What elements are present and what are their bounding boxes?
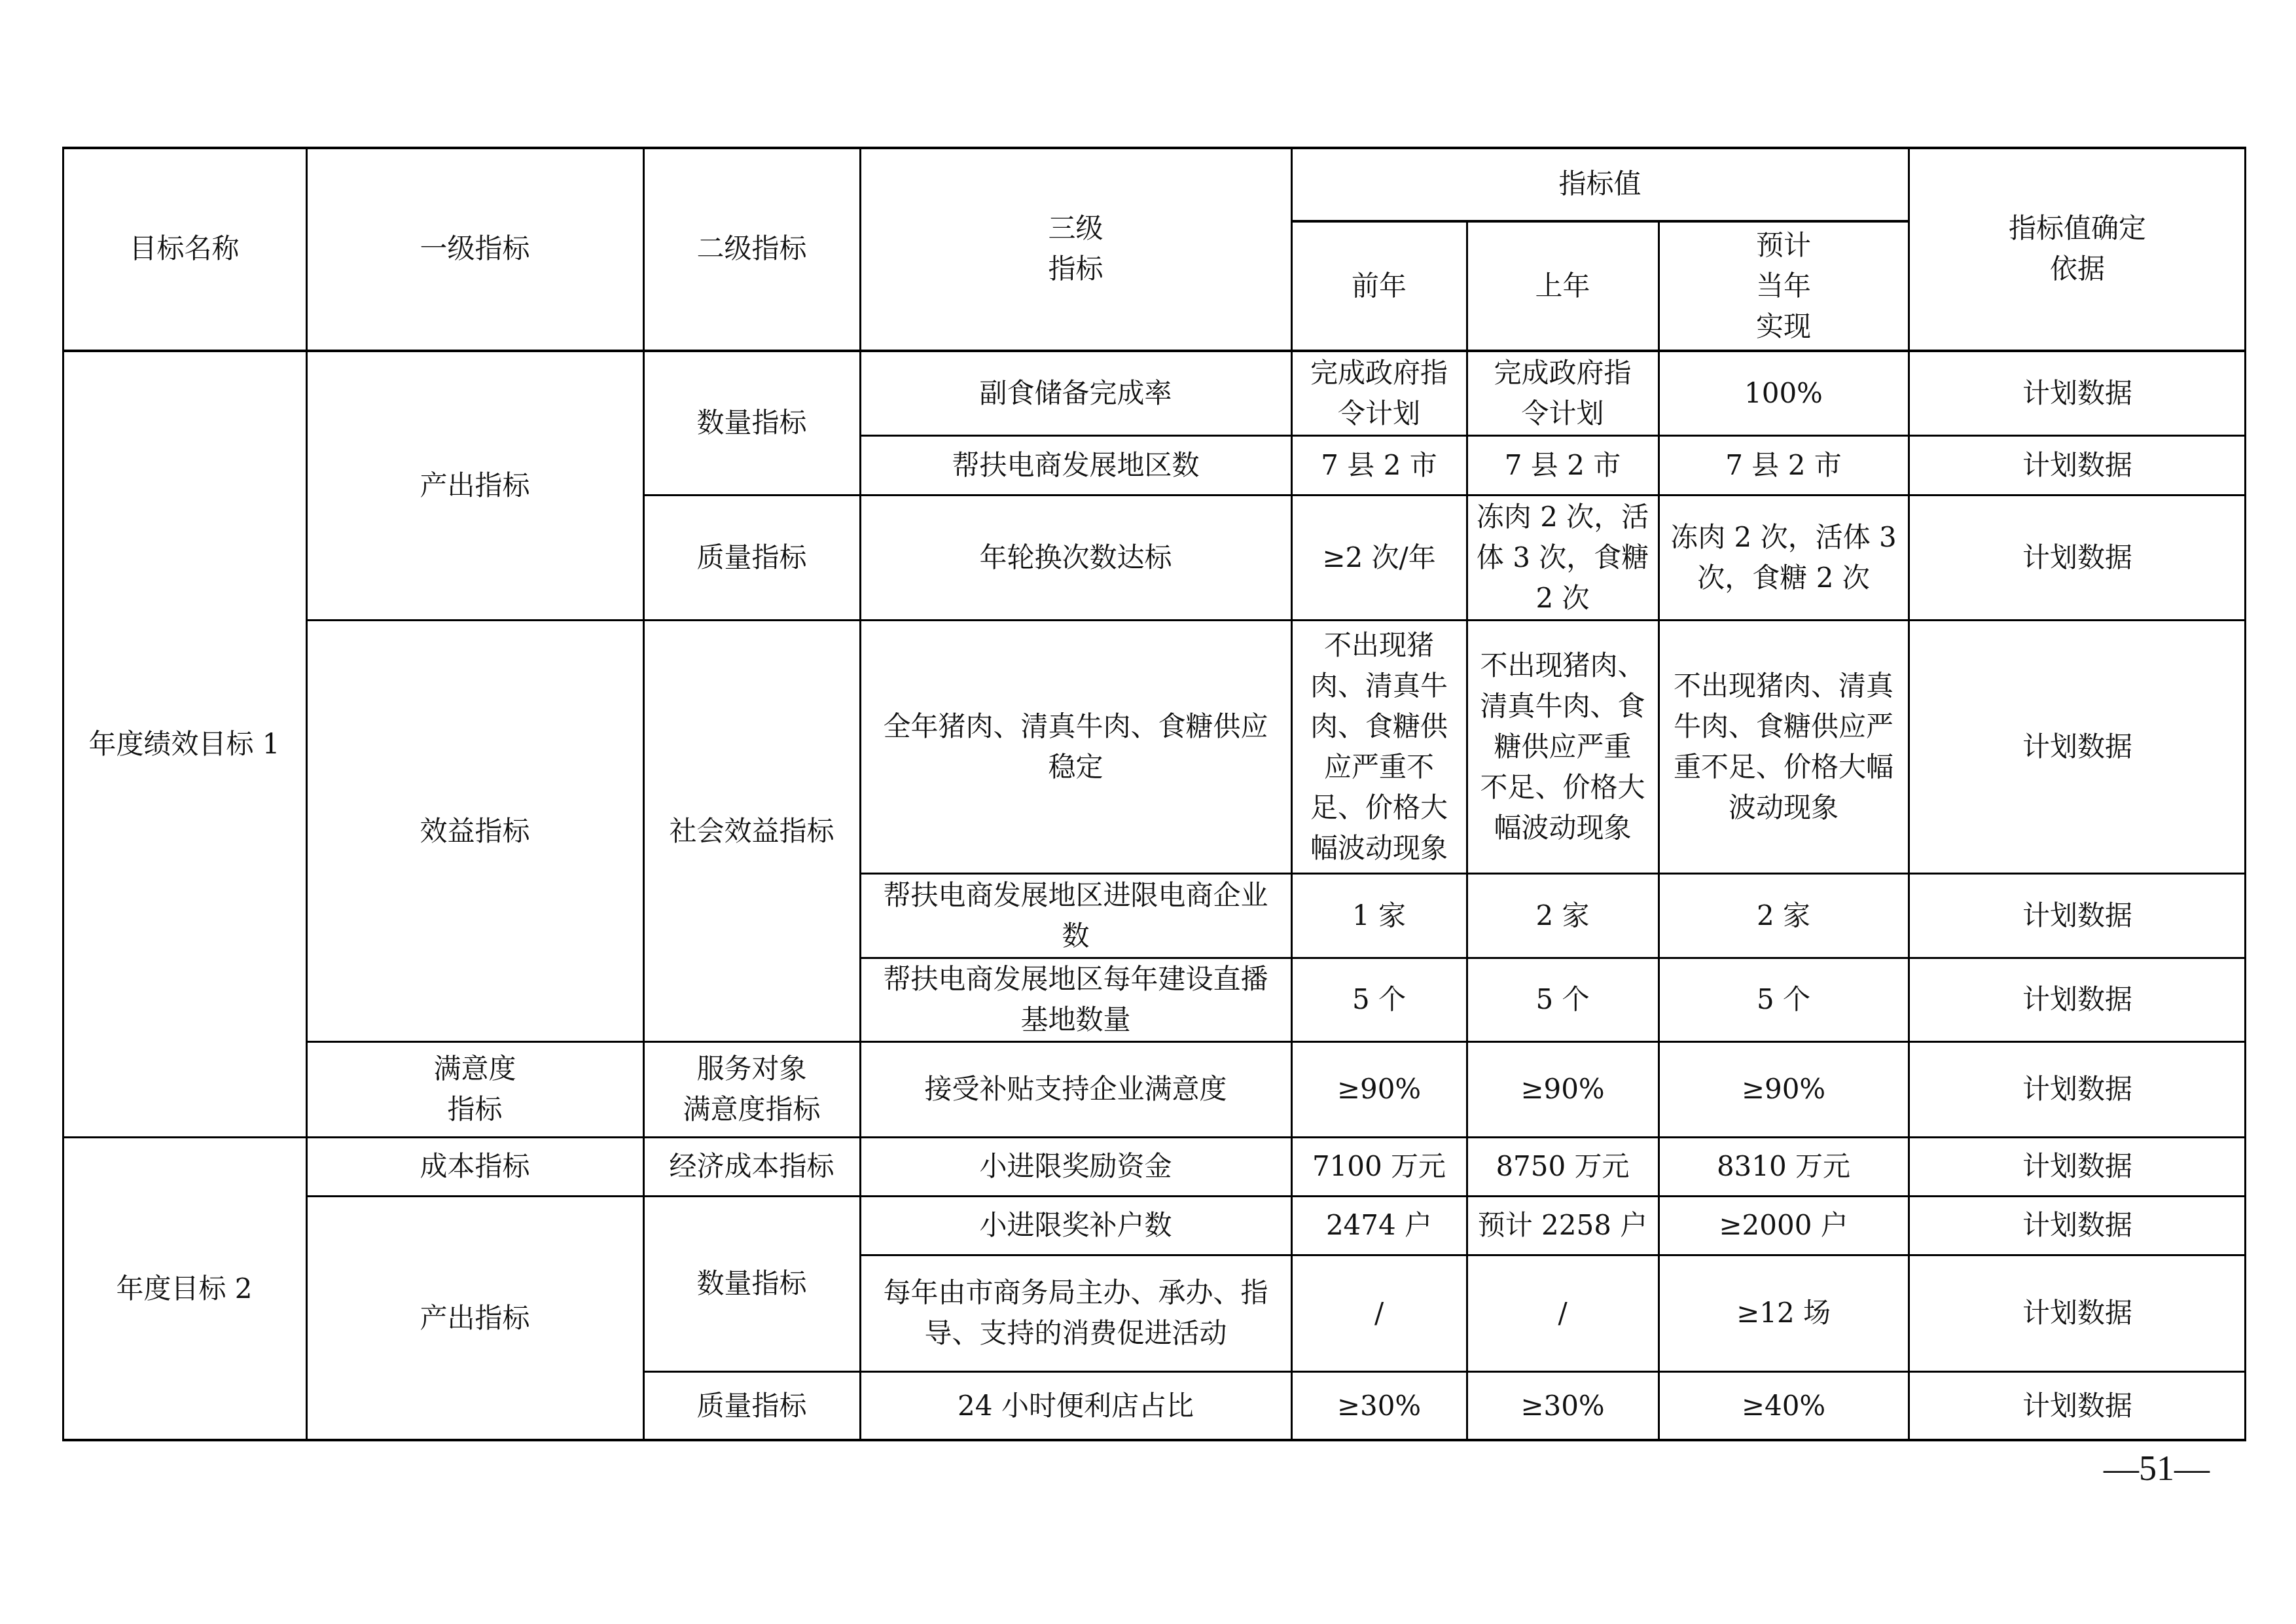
goal-2: 年度目标 2 (62, 1137, 306, 1440)
basis-cell: 计划数据 (1909, 351, 2246, 436)
level2-quantity-2: 数量指标 (643, 1196, 860, 1371)
header-level1: 一级指标 (306, 147, 643, 351)
prev-year-cell: / (1291, 1255, 1467, 1371)
this-year-cell: 5 个 (1659, 958, 1909, 1041)
basis-cell: 计划数据 (1909, 958, 2246, 1041)
basis-cell: 计划数据 (1909, 621, 2246, 873)
last-year-cell: 5 个 (1467, 958, 1659, 1041)
last-year-cell: 预计 2258 户 (1467, 1196, 1659, 1255)
prev-year-cell: 1 家 (1291, 873, 1467, 958)
level3-cell: 帮扶电商发展地区每年建设直播 基地数量 (860, 958, 1291, 1041)
level1-benefit: 效益指标 (306, 621, 643, 1041)
basis-cell: 计划数据 (1909, 1041, 2246, 1137)
last-year-cell: ≥90% (1467, 1041, 1659, 1137)
level3-cell: 24 小时便利店占比 (860, 1371, 1291, 1440)
last-year-cell: 8750 万元 (1467, 1137, 1659, 1196)
this-year-cell: 2 家 (1659, 873, 1909, 958)
level2-quality: 质量指标 (643, 495, 860, 621)
last-year-cell: 冻肉 2 次，活 体 3 次，食糖 2 次 (1467, 495, 1659, 621)
level1-cost: 成本指标 (306, 1137, 643, 1196)
this-year-cell: ≥40% (1659, 1371, 1909, 1440)
level3-cell: 帮扶电商发展地区进限电商企业 数 (860, 873, 1291, 958)
prev-year-cell: ≥90% (1291, 1041, 1467, 1137)
basis-cell: 计划数据 (1909, 873, 2246, 958)
header-indicator-value: 指标值 (1291, 147, 1909, 221)
prev-year-cell: 2474 户 (1291, 1196, 1467, 1255)
level2-quality-2: 质量指标 (643, 1371, 860, 1440)
level3-cell: 接受补贴支持企业满意度 (860, 1041, 1291, 1137)
this-year-cell: 不出现猪肉、清真 牛肉、食糖供应严 重不足、价格大幅 波动现象 (1659, 621, 1909, 873)
level3-cell: 小进限奖补户数 (860, 1196, 1291, 1255)
header-prev-year: 前年 (1291, 221, 1467, 351)
header-basis: 指标值确定 依据 (1909, 147, 2246, 351)
prev-year-cell: 完成政府指 令计划 (1291, 351, 1467, 436)
level3-cell: 每年由市商务局主办、承办、指 导、支持的消费促进活动 (860, 1255, 1291, 1371)
level2-social-benefit: 社会效益指标 (643, 621, 860, 1041)
header-level2: 二级指标 (643, 147, 860, 351)
this-year-cell: 100% (1659, 351, 1909, 436)
this-year-cell: 8310 万元 (1659, 1137, 1909, 1196)
this-year-cell: ≥12 场 (1659, 1255, 1909, 1371)
prev-year-cell: 7 县 2 市 (1291, 436, 1467, 495)
this-year-cell: 7 县 2 市 (1659, 436, 1909, 495)
level2-service-satisfaction: 服务对象 满意度指标 (643, 1041, 860, 1137)
level1-satisfaction: 满意度 指标 (306, 1041, 643, 1137)
last-year-cell: / (1467, 1255, 1659, 1371)
header-last-year: 上年 (1467, 221, 1659, 351)
level3-cell: 全年猪肉、清真牛肉、食糖供应 稳定 (860, 621, 1291, 873)
basis-cell: 计划数据 (1909, 1137, 2246, 1196)
level3-cell: 年轮换次数达标 (860, 495, 1291, 621)
level3-cell: 副食储备完成率 (860, 351, 1291, 436)
goal-1: 年度绩效目标 1 (62, 351, 306, 1137)
last-year-cell: 7 县 2 市 (1467, 436, 1659, 495)
last-year-cell: 不出现猪肉、 清真牛肉、食 糖供应严重 不足、价格大 幅波动现象 (1467, 621, 1659, 873)
basis-cell: 计划数据 (1909, 1255, 2246, 1371)
basis-cell: 计划数据 (1909, 495, 2246, 621)
prev-year-cell: ≥30% (1291, 1371, 1467, 1440)
level3-cell: 小进限奖励资金 (860, 1137, 1291, 1196)
last-year-cell: ≥30% (1467, 1371, 1659, 1440)
level1-output: 产出指标 (306, 351, 643, 621)
prev-year-cell: ≥2 次/年 (1291, 495, 1467, 621)
prev-year-cell: 不出现猪 肉、清真牛 肉、食糖供 应严重不 足、价格大 幅波动现象 (1291, 621, 1467, 873)
header-level3: 三级 指标 (860, 147, 1291, 351)
basis-cell: 计划数据 (1909, 436, 2246, 495)
header-goal-name: 目标名称 (62, 147, 306, 351)
this-year-cell: ≥2000 户 (1659, 1196, 1909, 1255)
level2-quantity: 数量指标 (643, 351, 860, 495)
this-year-cell: 冻肉 2 次，活体 3 次，食糖 2 次 (1659, 495, 1909, 621)
basis-cell: 计划数据 (1909, 1371, 2246, 1440)
last-year-cell: 完成政府指 令计划 (1467, 351, 1659, 436)
header-this-year: 预计 当年 实现 (1659, 221, 1909, 351)
prev-year-cell: 5 个 (1291, 958, 1467, 1041)
this-year-cell: ≥90% (1659, 1041, 1909, 1137)
basis-cell: 计划数据 (1909, 1196, 2246, 1255)
prev-year-cell: 7100 万元 (1291, 1137, 1467, 1196)
page-number: —51— (2088, 1448, 2225, 1489)
level2-economic-cost: 经济成本指标 (643, 1137, 860, 1196)
level1-output-2: 产出指标 (306, 1196, 643, 1440)
level3-cell: 帮扶电商发展地区数 (860, 436, 1291, 495)
last-year-cell: 2 家 (1467, 873, 1659, 958)
